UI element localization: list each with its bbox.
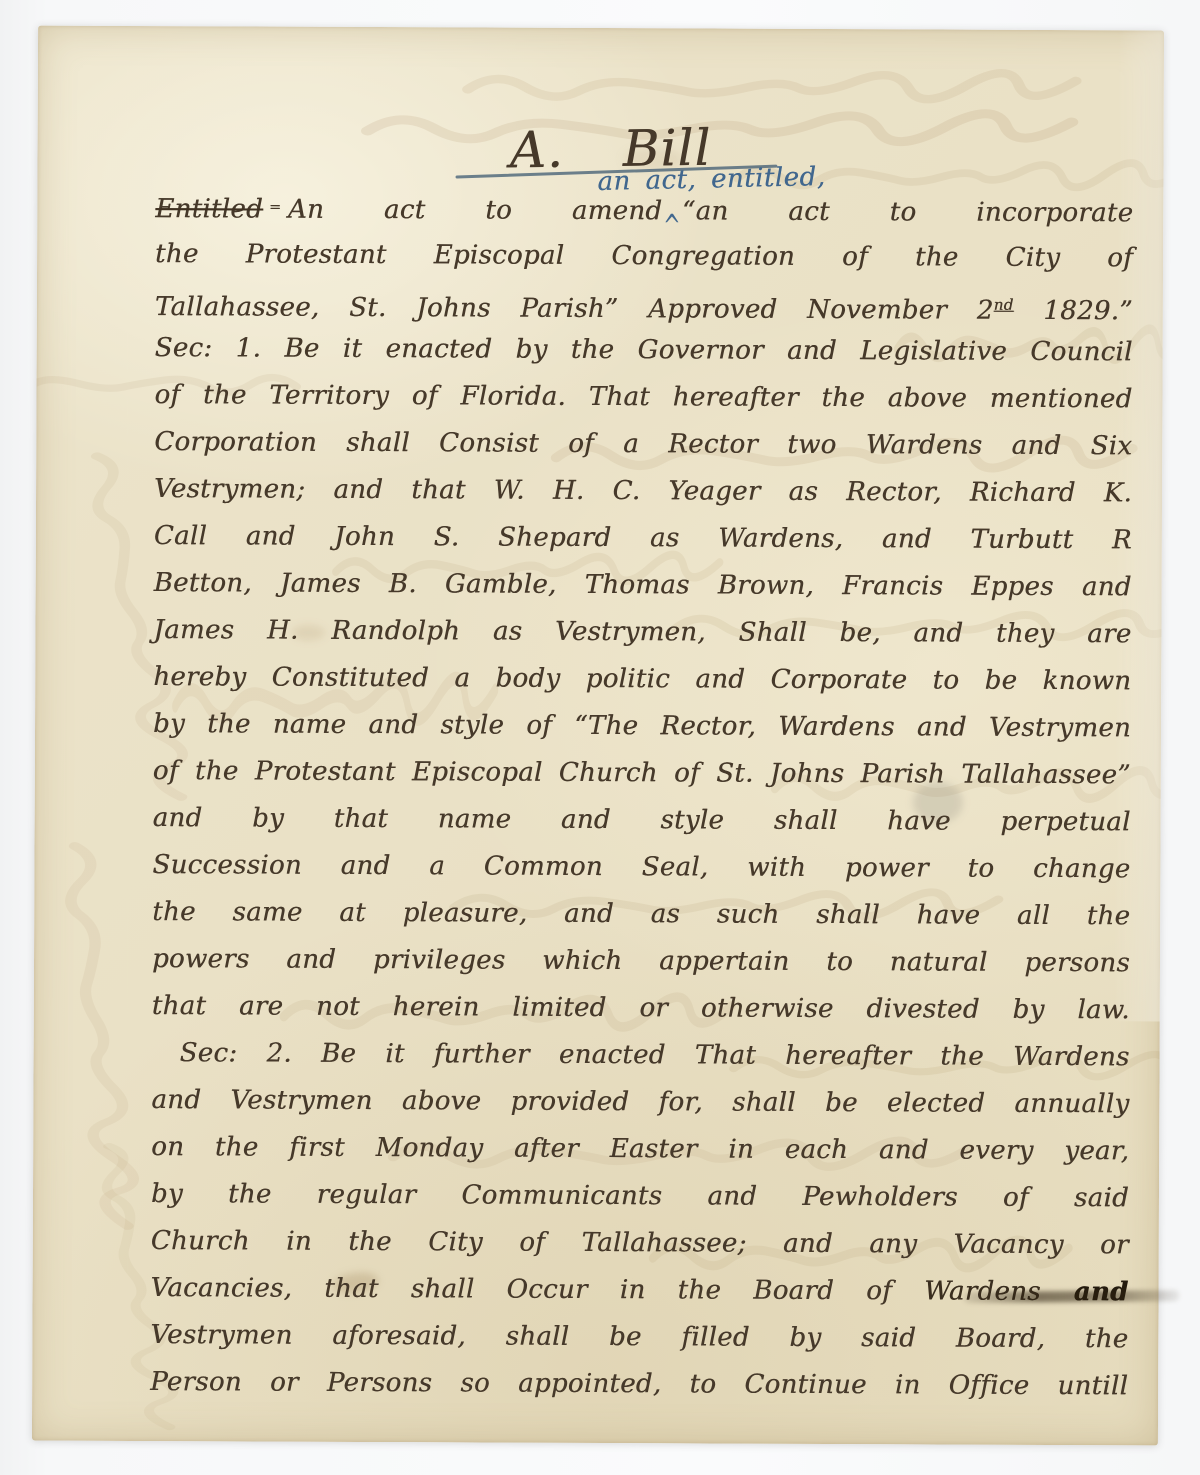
handwritten-insmark-text: =	[269, 200, 280, 216]
manuscript-line: Vestrymen aforesaid, shall be filled by …	[150, 1312, 1128, 1363]
scan-background: A. Bill an act, entitled, Entitled=An ac…	[0, 0, 1200, 1475]
handwritten-text: Person or Persons so appointed, to Conti…	[150, 1367, 1128, 1401]
handwritten-text: powers and privileges which appertain to…	[152, 944, 1130, 978]
handwritten-text: Sec: 2. Be it further enacted That herea…	[180, 1038, 1130, 1072]
manuscript-line: Church in the City of Tallahassee; and a…	[151, 1218, 1129, 1269]
handwritten-text: Call and John S. Shepard as Wardens, and…	[154, 521, 1132, 555]
handwritten-text: Tallahassee, St. Johns Parish” Approved …	[155, 292, 994, 326]
manuscript-line: Sec: 2. Be it further enacted That herea…	[152, 1030, 1130, 1081]
handwritten-text: by the regular Communicants and Pewholde…	[151, 1179, 1129, 1213]
manuscript-line: Corporation shall Consist of a Rector tw…	[154, 419, 1132, 470]
manuscript-line: hereby Constituted a body politic and Co…	[153, 654, 1131, 705]
manuscript-line: Vacancies, that shall Occur in the Board…	[150, 1265, 1128, 1316]
handwritten-struck-text: Entitled	[155, 194, 263, 224]
manuscript-line: Entitled=An act to amend^“an act to inco…	[155, 184, 1133, 235]
manuscript-line: of the Territory of Florida. That hereaf…	[154, 372, 1132, 423]
handwritten-caret-text: ^	[663, 192, 681, 263]
handwritten-text: and Vestrymen above provided for, shall …	[151, 1085, 1129, 1119]
handwritten-smudged-text: Wardens	[924, 1276, 1041, 1307]
manuscript-line: Call and John S. Shepard as Wardens, and…	[154, 513, 1132, 564]
handwritten-text: Church in the City of Tallahassee; and a…	[151, 1226, 1129, 1260]
handwritten-text: hereby Constituted a body politic and Co…	[153, 662, 1131, 696]
handwritten-text: on the first Monday after Easter in each…	[151, 1132, 1129, 1166]
handwritten-text: and by that name and style shall have pe…	[153, 803, 1131, 837]
handwritten-text: Corporation shall Consist of a Rector tw…	[154, 427, 1132, 461]
handwritten-text: of the Territory of Florida. That hereaf…	[154, 380, 1132, 414]
manuscript-line: that are not herein limited or otherwise…	[152, 983, 1130, 1034]
handwritten-text: James H. Randolph as Vestrymen, Shall be…	[153, 615, 1131, 649]
manuscript-line: Succession and a Common Seal, with power…	[152, 842, 1130, 893]
handwritten-text: that are not herein limited or otherwise…	[152, 991, 1130, 1025]
manuscript-line: Tallahassee, St. Johns Parish” Approved …	[155, 278, 1133, 329]
manuscript-line: and Vestrymen above provided for, shall …	[151, 1077, 1129, 1128]
handwritten-text: Sec: 1. Be it enacted by the Governor an…	[155, 333, 1133, 367]
handwritten-text: the same at pleasure, and as such shall …	[152, 897, 1130, 931]
manuscript-line: of the Protestant Episcopal Church of St…	[153, 748, 1131, 799]
manuscript-line: and by that name and style shall have pe…	[153, 795, 1131, 846]
manuscript-line: Person or Persons so appointed, to Conti…	[150, 1359, 1128, 1410]
handwritten-text: Vacancies, that shall Occur in the Board…	[151, 1273, 925, 1306]
handwritten-text: Succession and a Common Seal, with power…	[152, 850, 1130, 884]
handwritten-text: by the name and style of “The Rector, Wa…	[153, 709, 1131, 743]
handwritten-text: Vestrymen; and that W. H. C. Yeager as R…	[154, 474, 1132, 508]
handwritten-text: Betton, James B. Gamble, Thomas Brown, F…	[154, 568, 1132, 602]
handwritten-text: Vestrymen aforesaid, shall be filled by …	[150, 1320, 1128, 1354]
handwritten-text: An act to amend	[288, 195, 662, 227]
manuscript-line: Sec: 1. Be it enacted by the Governor an…	[155, 325, 1133, 376]
manuscript-line: the Protestant Episcopal Congregation of…	[155, 231, 1133, 282]
manuscript-line: by the regular Communicants and Pewholde…	[151, 1171, 1129, 1222]
manuscript-text: Entitled=An act to amend^“an act to inco…	[32, 184, 1163, 1411]
handwritten-text: “an act to incorporate	[682, 196, 1133, 228]
handwritten-text: 1829.”	[1014, 296, 1133, 327]
manuscript-line: Betton, James B. Gamble, Thomas Brown, F…	[154, 560, 1132, 611]
manuscript-page: A. Bill an act, entitled, Entitled=An ac…	[32, 26, 1164, 1446]
handwritten-bold-text: and	[1041, 1277, 1129, 1307]
handwritten-sup-text: nd	[994, 296, 1014, 314]
manuscript-line: on the first Monday after Easter in each…	[151, 1124, 1129, 1175]
handwritten-text: the Protestant Episcopal Congregation of…	[155, 239, 1133, 273]
manuscript-line: by the name and style of “The Rector, Wa…	[153, 701, 1131, 752]
manuscript-line: the same at pleasure, and as such shall …	[152, 889, 1130, 940]
manuscript-line: James H. Randolph as Vestrymen, Shall be…	[153, 607, 1131, 658]
manuscript-line: powers and privileges which appertain to…	[152, 936, 1130, 987]
handwritten-text: of the Protestant Episcopal Church of St…	[153, 756, 1131, 790]
manuscript-line: Vestrymen; and that W. H. C. Yeager as R…	[154, 466, 1132, 517]
